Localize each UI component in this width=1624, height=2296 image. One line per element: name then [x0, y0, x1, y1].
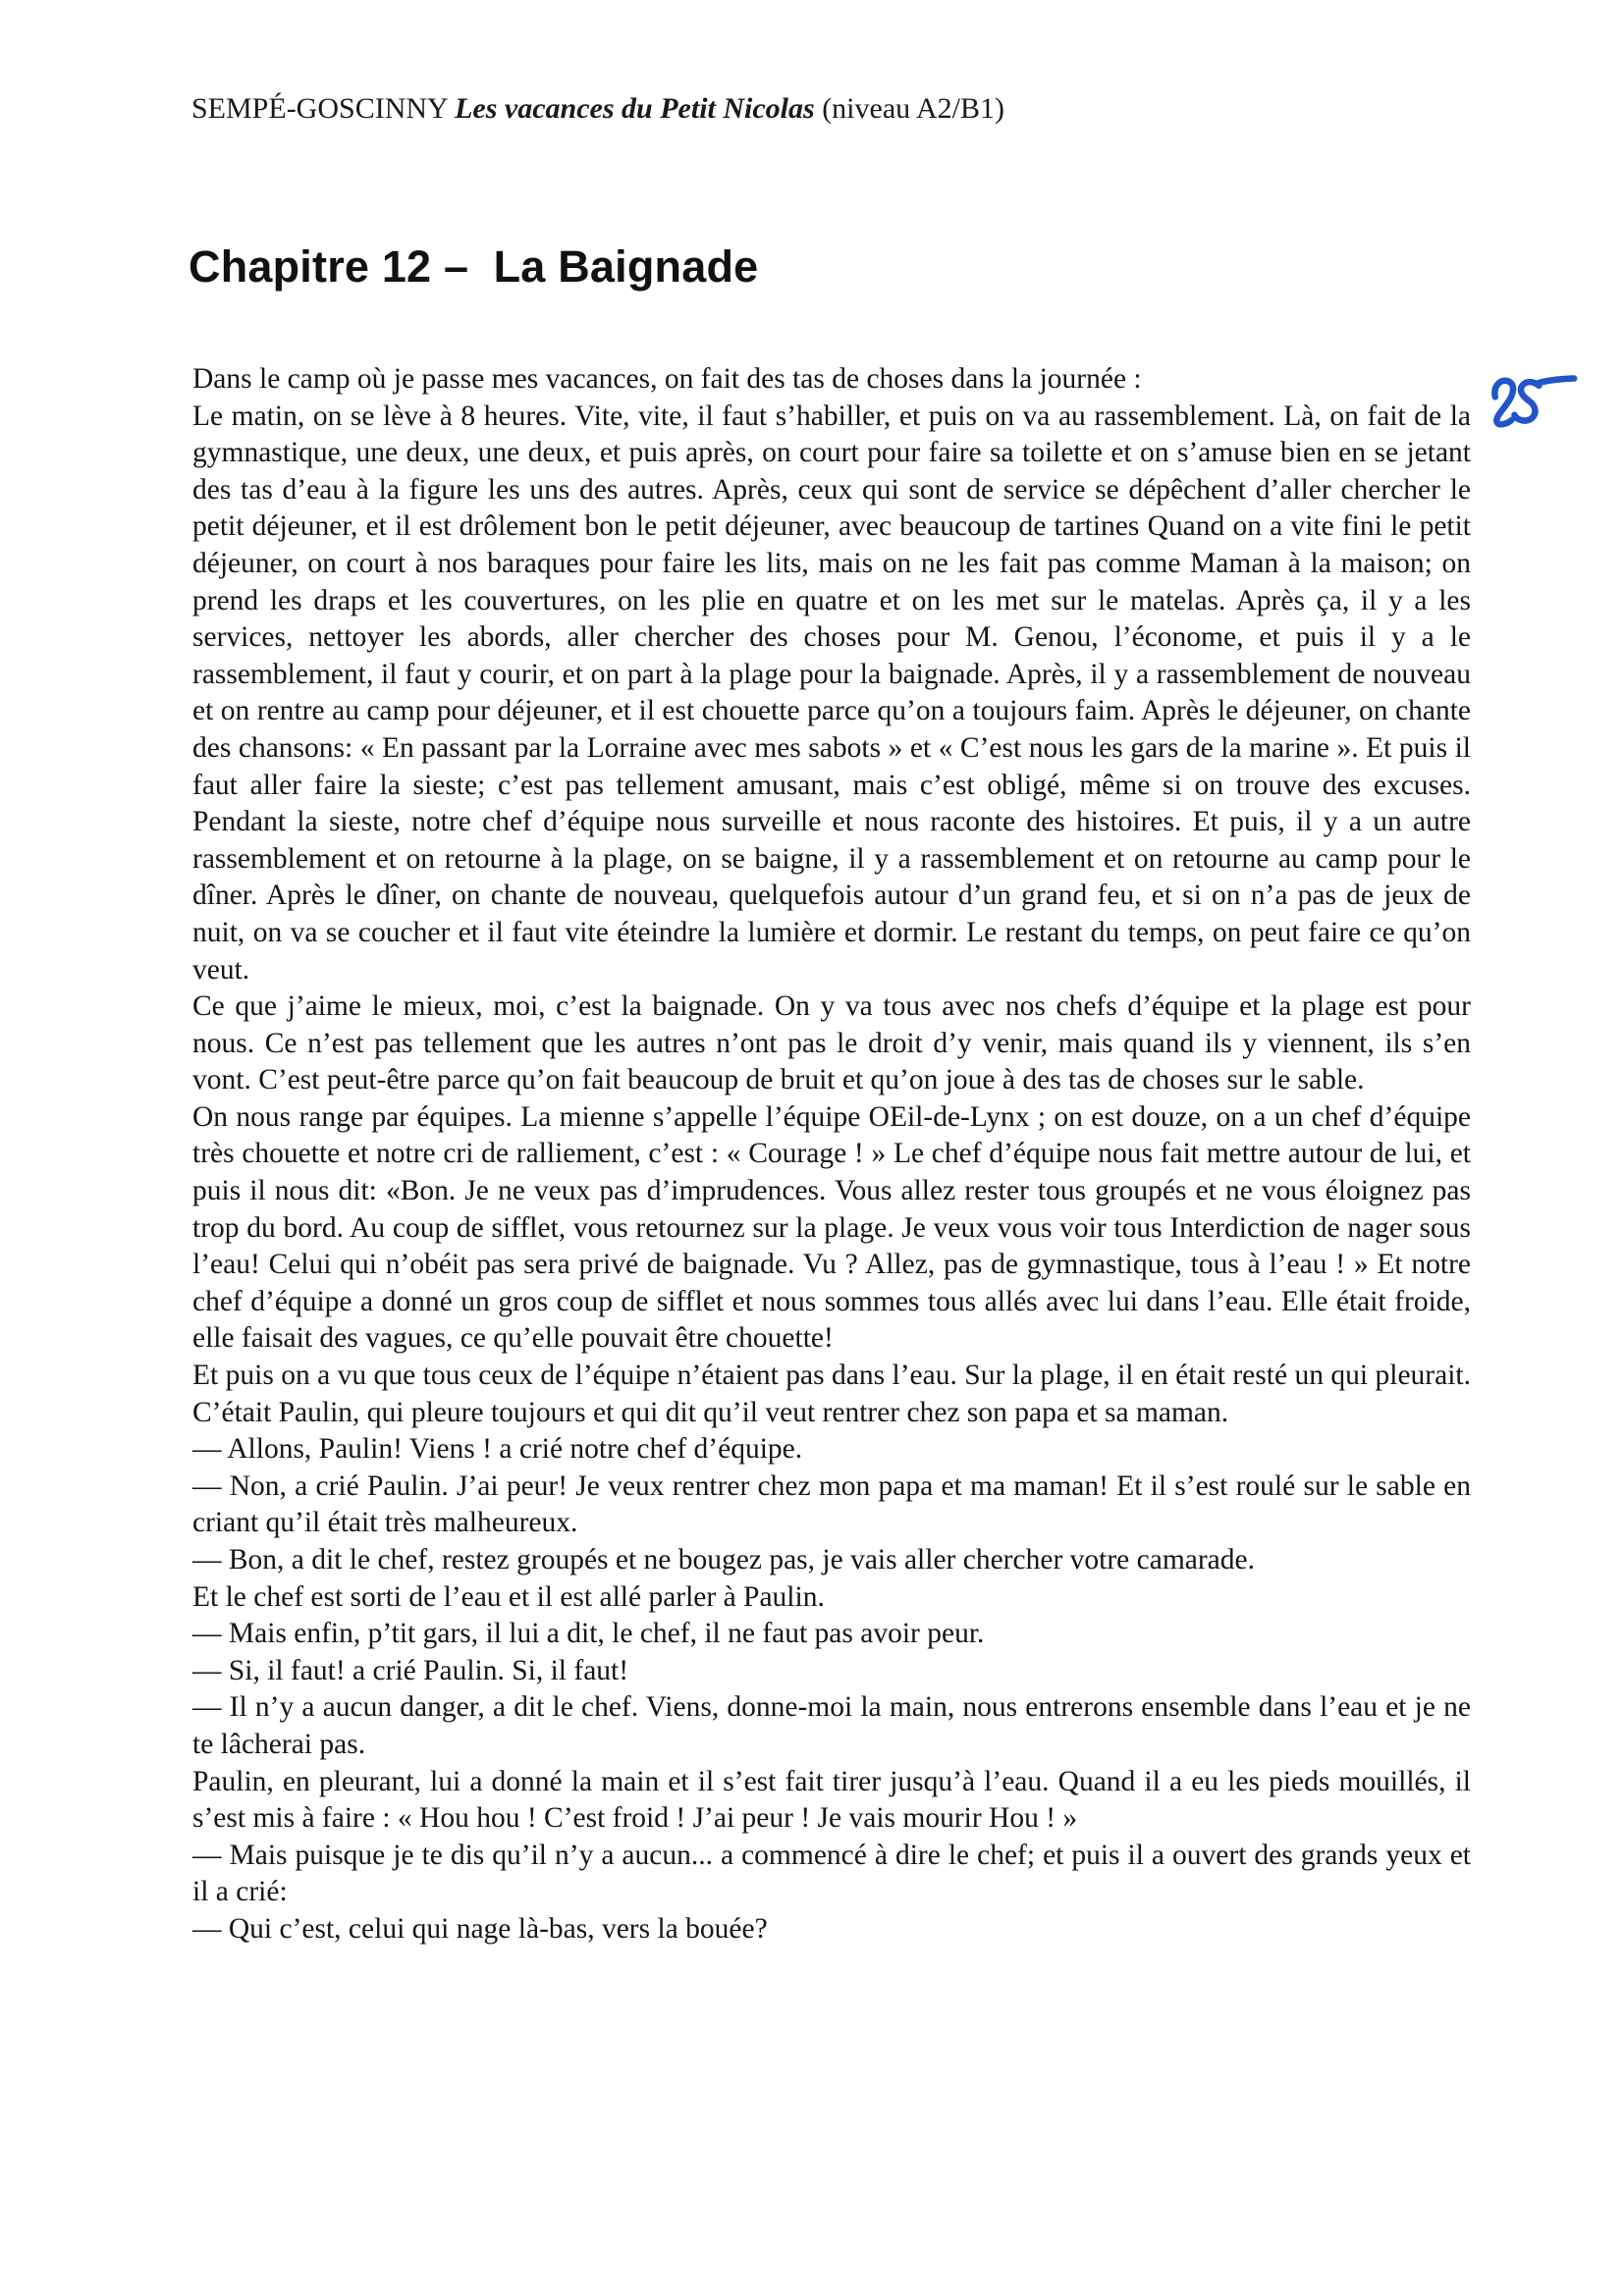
- chapter-title: Chapitre 12 – La Baignade: [189, 241, 758, 293]
- paragraph-dialogue: — Non, a crié Paulin. J’ai peur! Je veux…: [192, 1468, 1471, 1542]
- paragraph: Et puis on a vu que tous ceux de l’équip…: [192, 1358, 1471, 1431]
- header-book-title: Les vacances du Petit Nicolas: [455, 92, 815, 125]
- paragraph: Le matin, on se lève à 8 heures. Vite, v…: [192, 399, 1471, 989]
- paragraph-dialogue: — Si, il faut! a crié Paulin. Si, il fau…: [192, 1653, 1471, 1690]
- paragraph-dialogue: — Qui c’est, celui qui nage là-bas, vers…: [192, 1911, 1471, 1949]
- paragraph-dialogue: — Bon, a dit le chef, restez groupés et …: [192, 1542, 1471, 1579]
- paragraph-dialogue: — Mais enfin, p’tit gars, il lui a dit, …: [192, 1616, 1471, 1653]
- paragraph: Et le chef est sorti de l’eau et il est …: [192, 1579, 1471, 1617]
- paragraph: Dans le camp où je passe mes vacances, o…: [192, 361, 1471, 399]
- page-header: SEMPÉ-GOSCINNY Les vacances du Petit Nic…: [191, 92, 1004, 126]
- paragraph: On nous range par équipes. La mienne s’a…: [192, 1099, 1471, 1358]
- handwritten-25-icon: 25: [1484, 369, 1584, 435]
- paragraph-dialogue: — Il n’y a aucun danger, a dit le chef. …: [192, 1689, 1471, 1763]
- body-text: Dans le camp où je passe mes vacances, o…: [192, 361, 1471, 1949]
- document-page: SEMPÉ-GOSCINNY Les vacances du Petit Nic…: [0, 0, 1624, 2296]
- handwritten-page-number: 25: [1484, 369, 1584, 435]
- paragraph-dialogue: — Mais puisque je te dis qu’il n’y a auc…: [192, 1838, 1471, 1911]
- header-author: SEMPÉ-GOSCINNY: [191, 92, 448, 125]
- paragraph: Ce que j’aime le mieux, moi, c’est la ba…: [192, 988, 1471, 1099]
- paragraph-dialogue: — Allons, Paulin! Viens ! a crié notre c…: [192, 1431, 1471, 1468]
- paragraph: Paulin, en pleurant, lui a donné la main…: [192, 1764, 1471, 1838]
- header-level: (niveau A2/B1): [822, 92, 1004, 125]
